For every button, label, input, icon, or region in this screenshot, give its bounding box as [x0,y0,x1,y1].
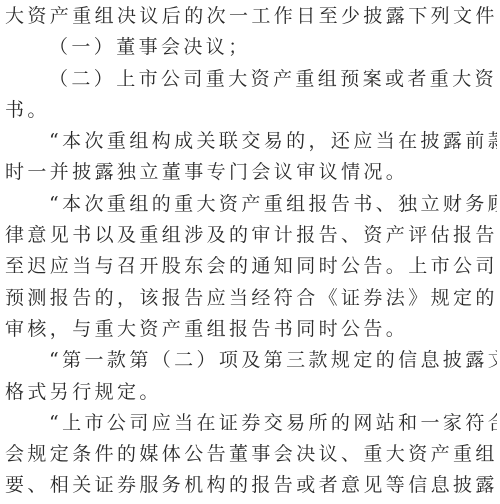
paragraph-report-disclosure: “本次重组的重大资产重组报告书、独立财务顾问报告、法 [5,189,497,220]
text-line: 律意见书以及重组涉及的审计报告、资产评估报告或者估值报告 [5,220,497,251]
text-line: 会规定条件的媒体公告董事会决议、重大资产重组报告书及其摘 [5,439,497,470]
text-line: 书。 [5,95,497,126]
paragraph-format-rules: “第一款第（二）项及第三款规定的信息披露文件的内容与 [5,345,497,376]
list-item-restructuring-report: （二）上市公司重大资产重组预案或者重大资产重组报告 [5,64,497,95]
list-item-board-resolution: （一）董事会决议； [5,32,497,63]
text-line: 至迟应当与召开股东会的通知同时公告。上市公司自愿披露盈利 [5,251,497,282]
text-line: 格式另行规定。 [5,377,497,408]
paragraph-publication-channels: “上市公司应当在证券交易所的网站和一家符合中国证监 [5,408,497,439]
text-line: 预测报告的，该报告应当经符合《证券法》规定的会计师事务所 [5,283,497,314]
text-line: 时一并披露独立董事专门会议审议情况。 [5,157,497,188]
text-line: 大资产重组决议后的次一工作日至少披露下列文件： [5,1,497,32]
paragraph-related-transaction: “本次重组构成关联交易的，还应当在披露前款规定的文件 [5,126,497,157]
text-line: 要、相关证券服务机构的报告或者意见等信息披露文件。” [5,470,497,501]
document-body: 大资产重组决议后的次一工作日至少披露下列文件： （一）董事会决议； （二）上市公… [5,1,497,502]
text-line: 审核，与重大资产重组报告书同时公告。 [5,314,497,345]
